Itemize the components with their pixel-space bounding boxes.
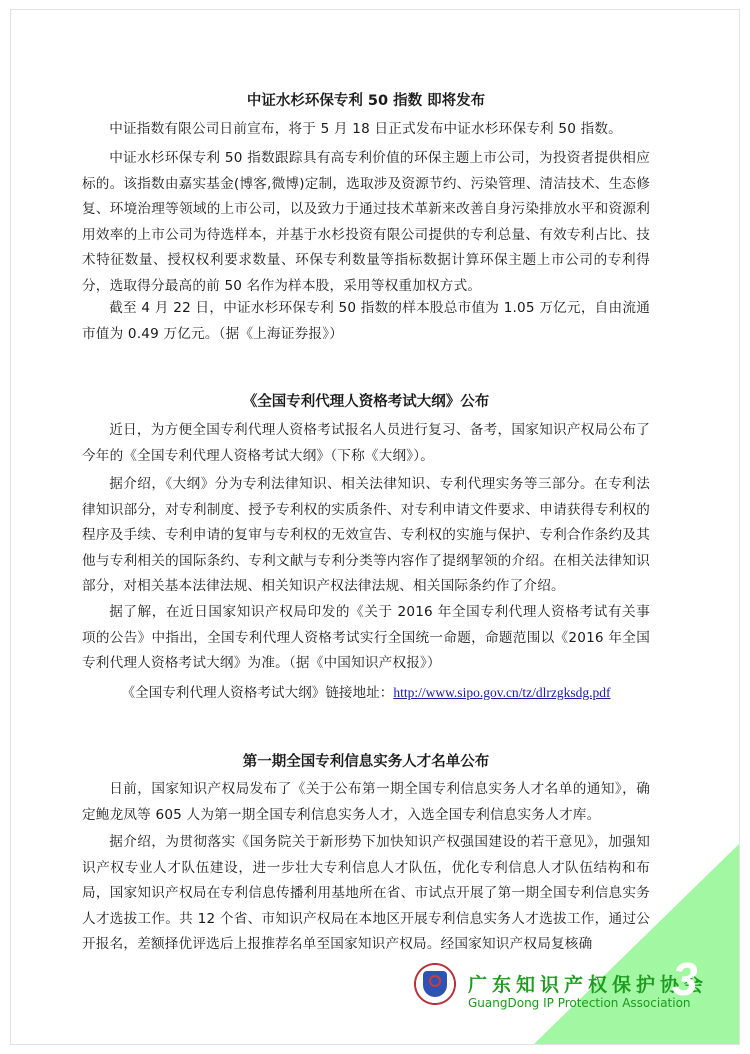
article-title: 《全国专利代理人资格考试大纲》公布	[82, 390, 650, 411]
link-label: 《全国专利代理人资格考试大纲》链接地址：	[121, 685, 393, 701]
article-title: 中证水杉环保专利 50 指数 即将发布	[82, 89, 650, 110]
page-number: 3	[672, 952, 698, 1006]
association-logo-icon	[412, 961, 458, 1007]
article-paragraph: 近日，为方便全国专利代理人资格考试报名人员进行复习、备考，国家知识产权局公布了今…	[82, 418, 650, 469]
association-name-en: GuangDong IP Protection Association	[468, 996, 691, 1010]
article-paragraph: 据介绍，《大纲》分为专利法律知识、相关法律知识、专利代理实务等三部分。在专利法律…	[82, 472, 650, 600]
outline-link-line: 《全国专利代理人资格考试大纲》链接地址：http://www.sipo.gov.…	[82, 680, 650, 707]
article-paragraph: 中证指数有限公司日前宣布，将于 5 月 18 日正式发布中证水杉环保专利 50 …	[82, 117, 650, 143]
article-title: 第一期全国专利信息实务人才名单公布	[82, 750, 650, 771]
shield-icon	[423, 971, 447, 997]
outline-pdf-link[interactable]: http://www.sipo.gov.cn/tz/dlrzgksdg.pdf	[393, 685, 610, 700]
emblem-mark-icon	[429, 975, 441, 987]
article-paragraph: 日前，国家知识产权局发布了《关于公布第一期全国专利信息实务人才名单的通知》，确定…	[82, 777, 650, 828]
article-paragraph: 中证水杉环保专利 50 指数跟踪具有高专利价值的环保主题上市公司，为投资者提供相…	[82, 146, 650, 299]
article-paragraph: 截至 4 月 22 日，中证水杉环保专利 50 指数的样本股总市值为 1.05 …	[82, 296, 650, 347]
article-paragraph: 据了解，在近日国家知识产权局印发的《关于 2016 年全国专利代理人资格考试有关…	[82, 600, 650, 677]
article-paragraph: 据介绍，为贯彻落实《国务院关于新形势下加快知识产权强国建设的若干意见》，加强知识…	[82, 830, 650, 958]
